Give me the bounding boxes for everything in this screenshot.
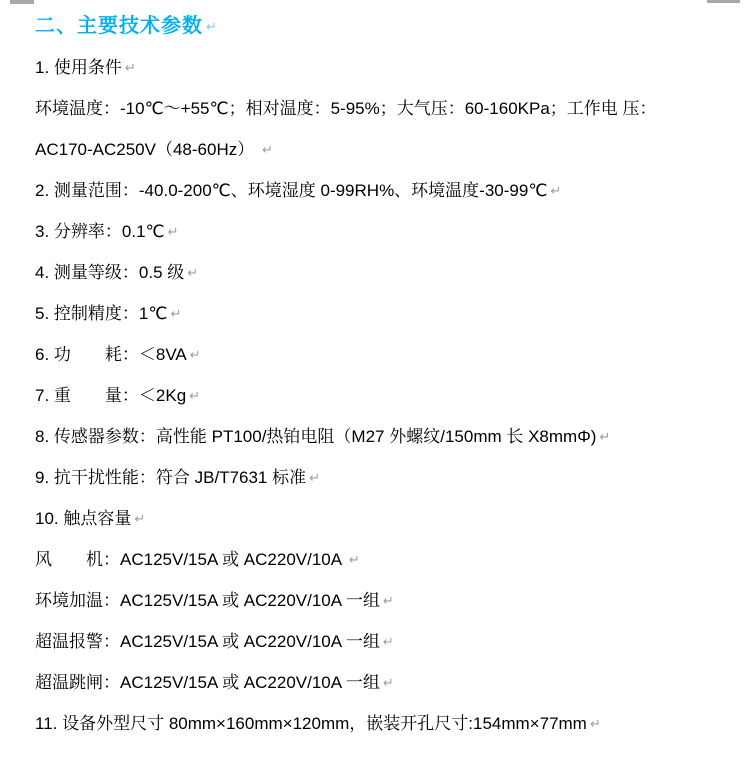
paragraph-measure-range: 2. 测量范围：-40.0-200℃、环境湿度 0-99RH%、环境温度-30-… xyxy=(35,170,735,211)
paragraph-text[interactable]: 风 机：AC125V/15A 或 AC220V/10A xyxy=(35,550,346,569)
paragraph-contact-capacity: 10. 触点容量↵ xyxy=(35,498,735,539)
paragraph-resolution: 3. 分辨率：0.1℃↵ xyxy=(35,211,735,252)
paragraph-usage-conditions: 1. 使用条件↵ xyxy=(35,47,735,88)
paragraph-mark-icon: ↵ xyxy=(599,429,610,444)
paragraph-mark-icon: ↵ xyxy=(206,19,218,34)
paragraph-mark-icon: ↵ xyxy=(125,60,136,75)
paragraph-text[interactable]: 超温报警：AC125V/15A 或 AC220V/10A 一组 xyxy=(35,632,380,651)
paragraph-mark-icon: ↵ xyxy=(590,716,601,731)
paragraph-mark-icon: ↵ xyxy=(262,142,273,157)
paragraph-text[interactable]: 环境加温：AC125V/15A 或 AC220V/10A 一组 xyxy=(35,591,380,610)
paragraph-text[interactable]: 环境温度：-10℃～+55℃；相对温度：5-95%；大气压：60-160KPa；… xyxy=(35,99,657,118)
paragraph-environment-heating: 环境加温：AC125V/15A 或 AC220V/10A 一组↵ xyxy=(35,580,735,621)
paragraph-environment-conditions: 环境温度：-10℃～+55℃；相对温度：5-95%；大气压：60-160KPa；… xyxy=(35,88,735,129)
paragraph-power-consumption: 6. 功 耗：＜8VA↵ xyxy=(35,334,735,375)
paragraph-text[interactable]: 9. 抗干扰性能：符合 JB/T7631 标准 xyxy=(35,468,306,487)
paragraph-text[interactable]: 3. 分辨率：0.1℃ xyxy=(35,222,165,241)
paragraph-text[interactable]: 7. 重 量：＜2Kg xyxy=(35,386,186,405)
paragraph-device-dimensions: 11. 设备外型尺寸 80mm×160mm×120mm，嵌装开孔尺寸:154mm… xyxy=(35,703,735,744)
paragraph-text[interactable]: 2. 测量范围：-40.0-200℃、环境湿度 0-99RH%、环境温度-30-… xyxy=(35,181,547,200)
paragraph-mark-icon: ↵ xyxy=(309,470,320,485)
paragraph-anti-interference: 9. 抗干扰性能：符合 JB/T7631 标准↵ xyxy=(35,457,735,498)
paragraph-overtemp-alarm: 超温报警：AC125V/15A 或 AC220V/10A 一组↵ xyxy=(35,621,735,662)
paragraph-fan: 风 机：AC125V/15A 或 AC220V/10A ↵ xyxy=(35,539,735,580)
paragraph-text[interactable]: 11. 设备外型尺寸 80mm×160mm×120mm，嵌装开孔尺寸:154mm… xyxy=(35,714,587,733)
paragraph-mark-icon: ↵ xyxy=(190,347,201,362)
paragraph-mark-icon: ↵ xyxy=(134,511,145,526)
paragraph-text[interactable]: 8. 传感器参数：高性能 PT100/热铂电阻（M27 外螺纹/150mm 长 … xyxy=(35,427,596,446)
paragraph-working-voltage: AC170-AC250V（48-60Hz） ↵ xyxy=(35,129,735,170)
paragraph-sensor-parameters: 8. 传感器参数：高性能 PT100/热铂电阻（M27 外螺纹/150mm 长 … xyxy=(35,416,735,457)
paragraph-weight: 7. 重 量：＜2Kg↵ xyxy=(35,375,735,416)
paragraph-text[interactable]: 超温跳闸：AC125V/15A 或 AC220V/10A 一组 xyxy=(35,673,380,692)
paragraph-measure-grade: 4. 测量等级：0.5 级↵ xyxy=(35,252,735,293)
paragraph-mark-icon: ↵ xyxy=(383,675,394,690)
document-content: 二、主要技术参数↵ 1. 使用条件↵ 环境温度：-10℃～+55℃；相对温度：5… xyxy=(35,6,735,744)
section-heading: 二、主要技术参数↵ xyxy=(35,6,735,47)
paragraph-mark-icon: ↵ xyxy=(168,224,179,239)
paragraph-text[interactable]: AC170-AC250V（48-60Hz） xyxy=(35,140,259,159)
paragraph-text[interactable]: 1. 使用条件 xyxy=(35,58,122,77)
paragraph-mark-icon: ↵ xyxy=(170,306,181,321)
paragraph-text[interactable]: 4. 测量等级：0.5 级 xyxy=(35,263,184,282)
page-margin-mark-left xyxy=(10,0,34,4)
paragraph-text[interactable]: 10. 触点容量 xyxy=(35,509,131,528)
paragraph-mark-icon: ↵ xyxy=(550,183,561,198)
paragraph-mark-icon: ↵ xyxy=(187,265,198,280)
paragraph-mark-icon: ↵ xyxy=(383,634,394,649)
page-margin-mark-right xyxy=(707,0,740,3)
paragraph-overtemp-trip: 超温跳闸：AC125V/15A 或 AC220V/10A 一组↵ xyxy=(35,662,735,703)
paragraph-control-precision: 5. 控制精度：1℃↵ xyxy=(35,293,735,334)
document-page: 二、主要技术参数↵ 1. 使用条件↵ 环境温度：-10℃～+55℃；相对温度：5… xyxy=(0,0,750,769)
paragraph-mark-icon: ↵ xyxy=(189,388,200,403)
paragraph-text[interactable]: 5. 控制精度：1℃ xyxy=(35,304,167,323)
paragraph-mark-icon: ↵ xyxy=(383,593,394,608)
paragraph-mark-icon: ↵ xyxy=(349,552,360,567)
section-heading-text[interactable]: 二、主要技术参数 xyxy=(35,15,203,37)
paragraph-text[interactable]: 6. 功 耗：＜8VA xyxy=(35,345,187,364)
